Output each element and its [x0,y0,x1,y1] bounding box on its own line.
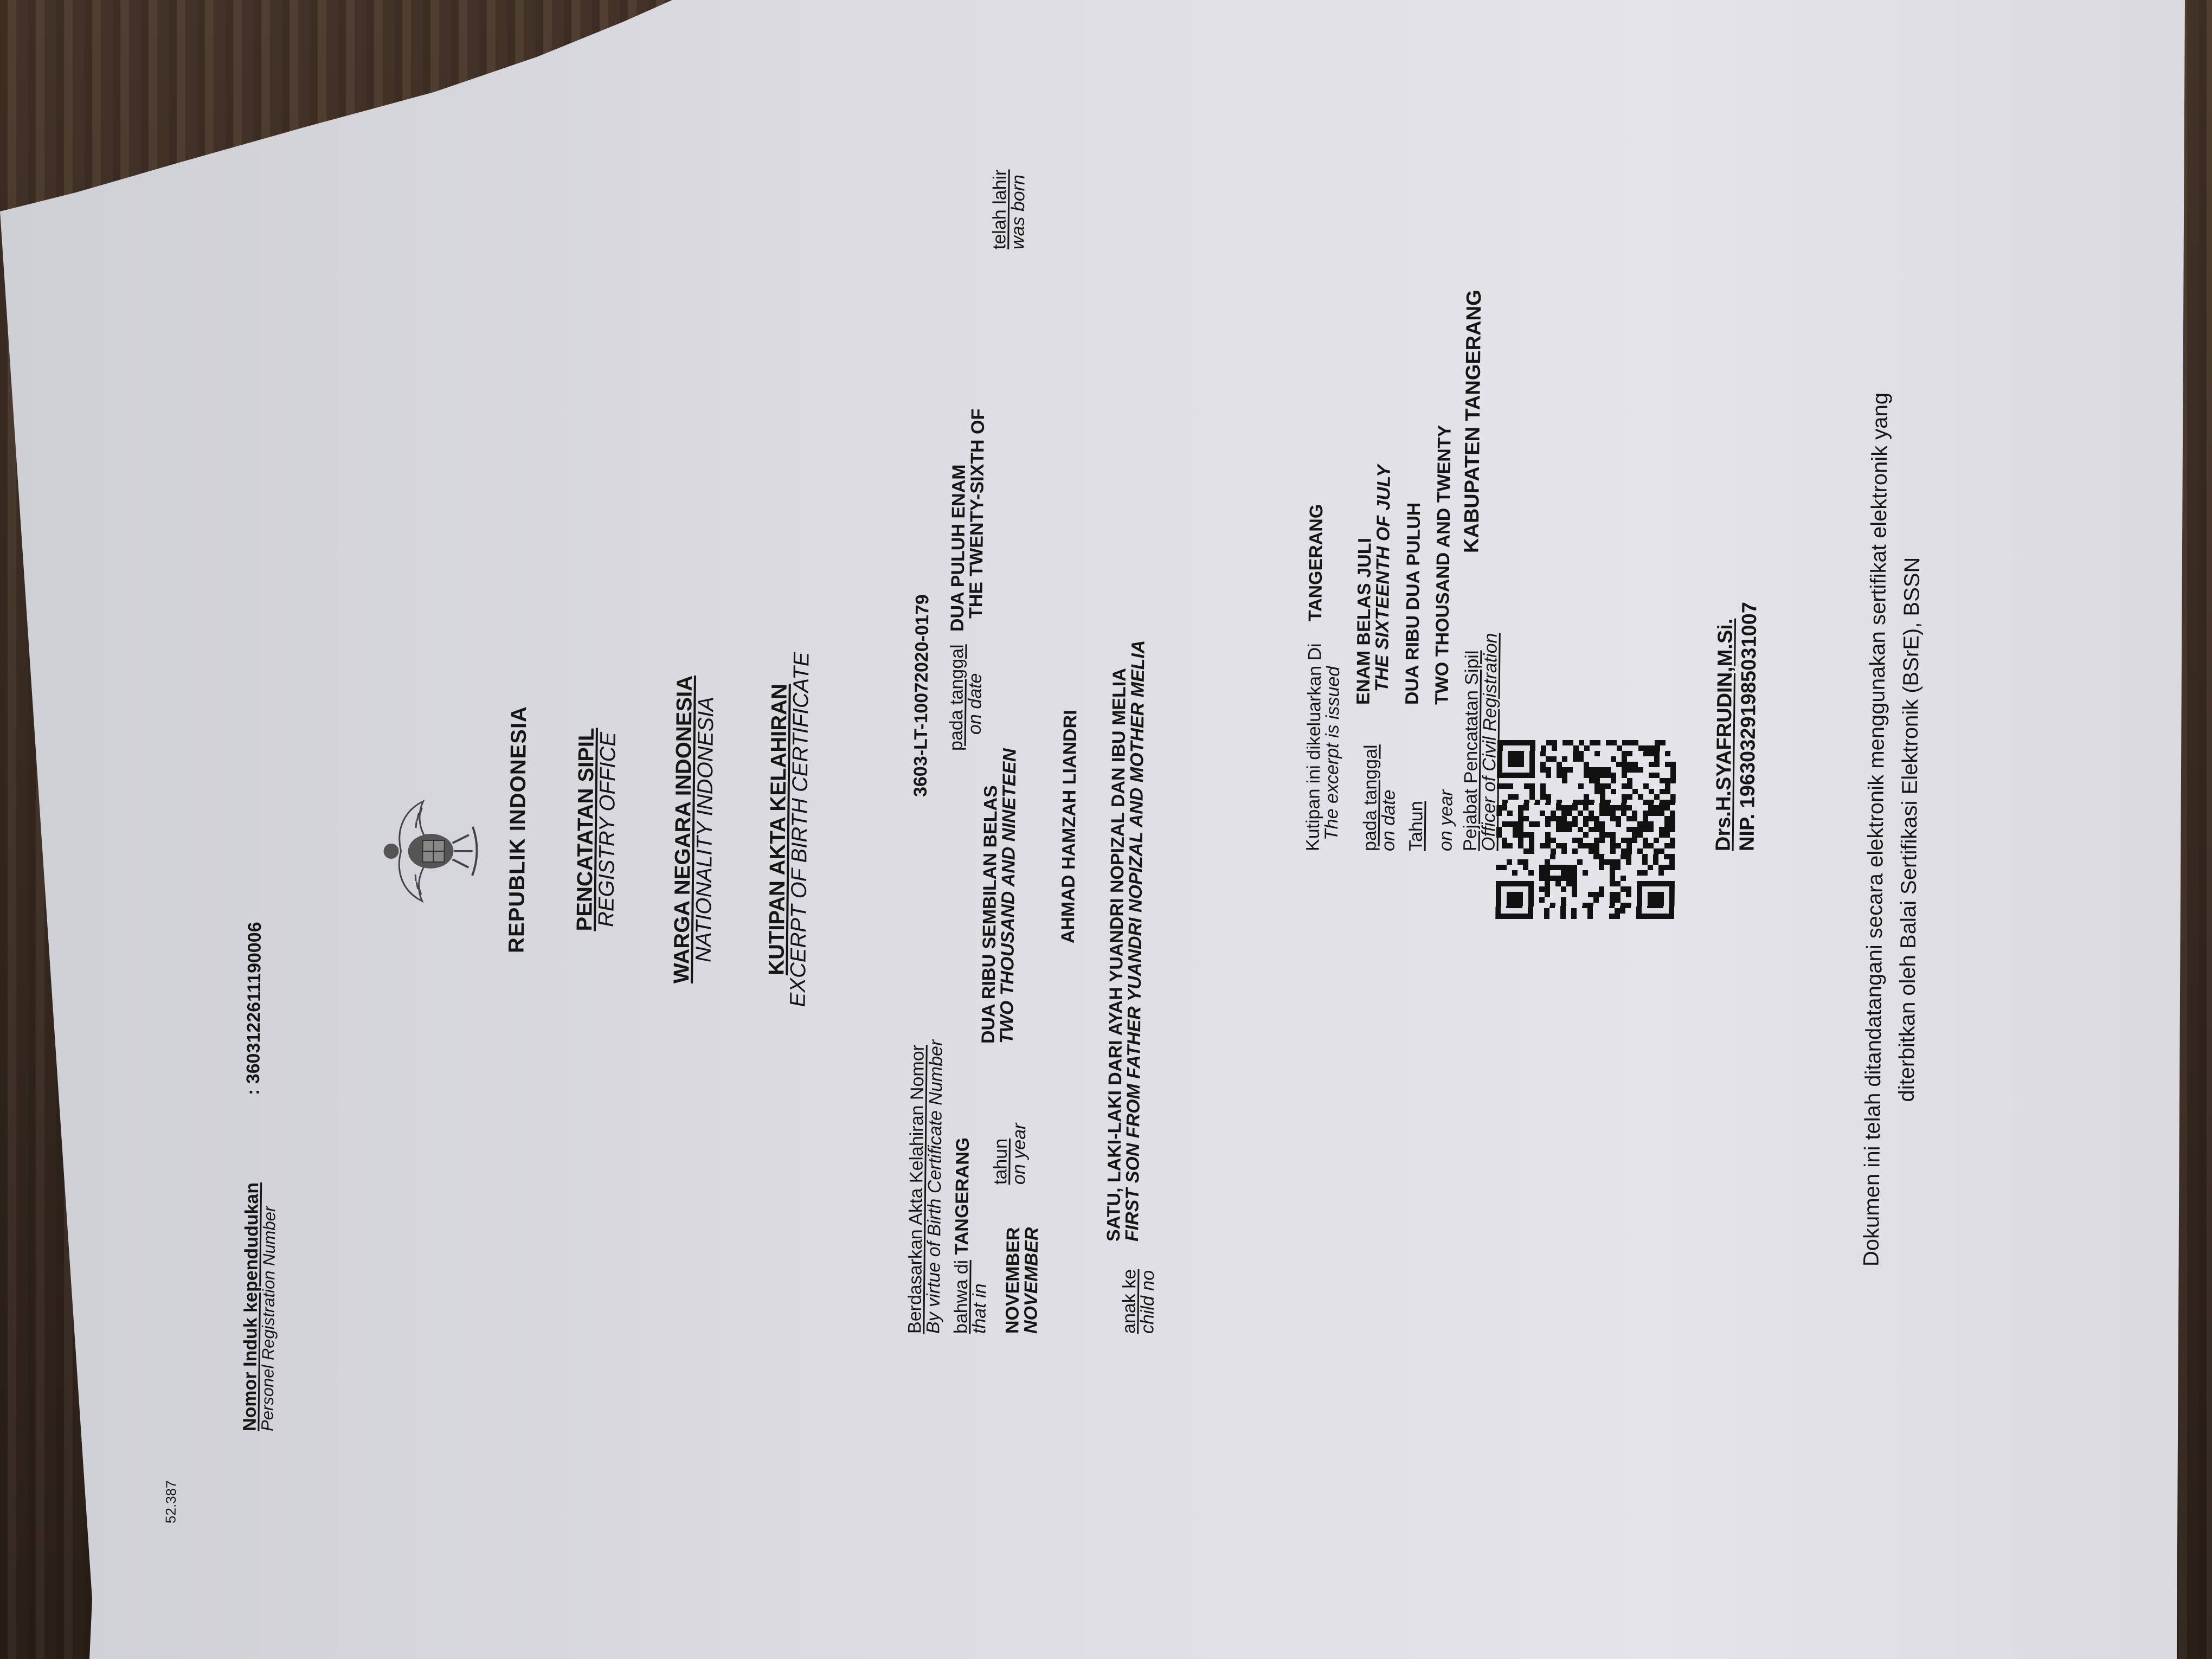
signatory-name: Drs.H.SYAFRUDIN,M.Si. [1713,602,1737,851]
date-of-birth-label: pada tanggal on date [947,644,985,751]
born-label: telah lahir was born [990,170,1028,249]
serial-number: 52.387 [164,1480,178,1523]
month-id: NOVEMBER [1003,1227,1023,1334]
year-of-birth-label: tahun on year [991,1123,1028,1185]
child-no-label-id: anak ke [1120,1269,1139,1334]
issue-date-label-en: on date [1379,744,1399,851]
month-en: NOVEMBER [1021,1227,1041,1334]
issue-year-label-en: on year [1437,790,1456,851]
birth-certificate-excerpt: 52.387 Nomor Induk kependudukan Personel… [100,70,2003,1589]
nik-label-en: Personel Registration Number [259,1182,278,1431]
child-name: AHMAD HAMZAH LIANDRI [1059,710,1080,943]
signatory-nip: NIP. 196303291985031007 [1737,602,1760,851]
signatory: Drs.H.SYAFRUDIN,M.Si. NIP. 1963032919850… [1713,602,1760,851]
place-value: TANGERANG [951,1137,973,1255]
office-heading: PENCATATAN SIPIL REGISTRY OFFICE [567,70,626,1589]
dob-label-en: on date [966,644,985,751]
issue-date-label-id: pada tanggal [1361,744,1380,851]
nik-separator: : [243,1089,263,1095]
dob-label-id: pada tanggal [947,644,967,751]
issue-year-value-en: TWO THOUSAND AND TWENTY [1432,425,1454,705]
officer-region: KABUPATEN TANGERANG [1461,290,1485,553]
footer-line-2: diterbitkan oleh Balai Sertifikasi Elekt… [1891,70,1928,1589]
child-number-label: anak ke child no [1120,1269,1157,1334]
document-title: KUTIPAN AKTA KELAHIRAN EXCERPT OF BIRTH … [759,70,818,1589]
nik-label: Nomor Induk kependudukan Personel Regist… [240,1182,278,1431]
republic-heading: REPUBLIK INDONESIA [499,70,537,1589]
issue-year-value-id: DUA RIBU DUA PULUH [1403,503,1424,705]
nik-value: : 3603122611190006 [244,922,265,1095]
cert-number: 3603-LT-10072020-0179 [911,594,933,797]
year-of-birth-value: DUA RIBU SEMBILAN BELAS TWO THOUSAND AND… [979,748,1019,1044]
issued-at: Kutipan ini dikeluarkan DiTANGERANG The … [1304,504,1345,851]
cert-number-label: Berdasarkan Akta Kelahiran Nomor By virt… [905,1040,946,1334]
yob-value-en: TWO THOUSAND AND NINETEEN [998,748,1019,1044]
date-of-birth-value: DUA PULUH ENAM THE TWENTY-SIXTH OF [948,409,987,632]
cert-label-en: By virtue of Birth Certificate Number [924,1040,946,1334]
issue-date-label: pada tanggal on date [1361,744,1399,851]
place-of-birth: bahwa di TANGERANG that in [951,1137,991,1334]
born-label-id: telah lahir [990,170,1009,249]
electronic-signature-notice: Dokumen ini telah ditandatangani secara … [1857,70,1928,1589]
issue-year-label-id: Tahun [1407,801,1426,851]
issue-date-value-en: THE SIXTEENTH OF JULY [1372,465,1393,705]
dob-value-en: THE TWENTY-SIXTH OF [967,409,987,632]
child-description: SATU, LAKI-LAKI DARI AYAH YUANDRI NOPIZA… [1104,640,1148,1242]
yob-label-id: tahun [991,1123,1010,1185]
child-no-label-en: child no [1138,1269,1157,1334]
officer-label: Pejabat Pencatatan Sipil Officer of Civi… [1461,633,1500,851]
issue-date-value: ENAM BELAS JULI THE SIXTEENTH OF JULY [1354,465,1393,705]
nationality-heading: WARGA NEGARA INDONESIA NATIONALITY INDON… [664,70,723,1589]
born-label-en: was born [1008,170,1028,249]
issued-place: TANGERANG [1305,504,1327,622]
month-of-birth: NOVEMBER NOVEMBER [1003,1227,1041,1334]
qr-code-icon [1495,740,1676,919]
yob-label-en: on year [1009,1123,1028,1185]
nik-number: 3603122611190006 [243,922,265,1084]
place-label-en: that in [970,1137,991,1334]
footer-line-1: Dokumen ini telah ditandatangani secara … [1857,70,1894,1589]
garuda-emblem-icon [379,797,483,905]
